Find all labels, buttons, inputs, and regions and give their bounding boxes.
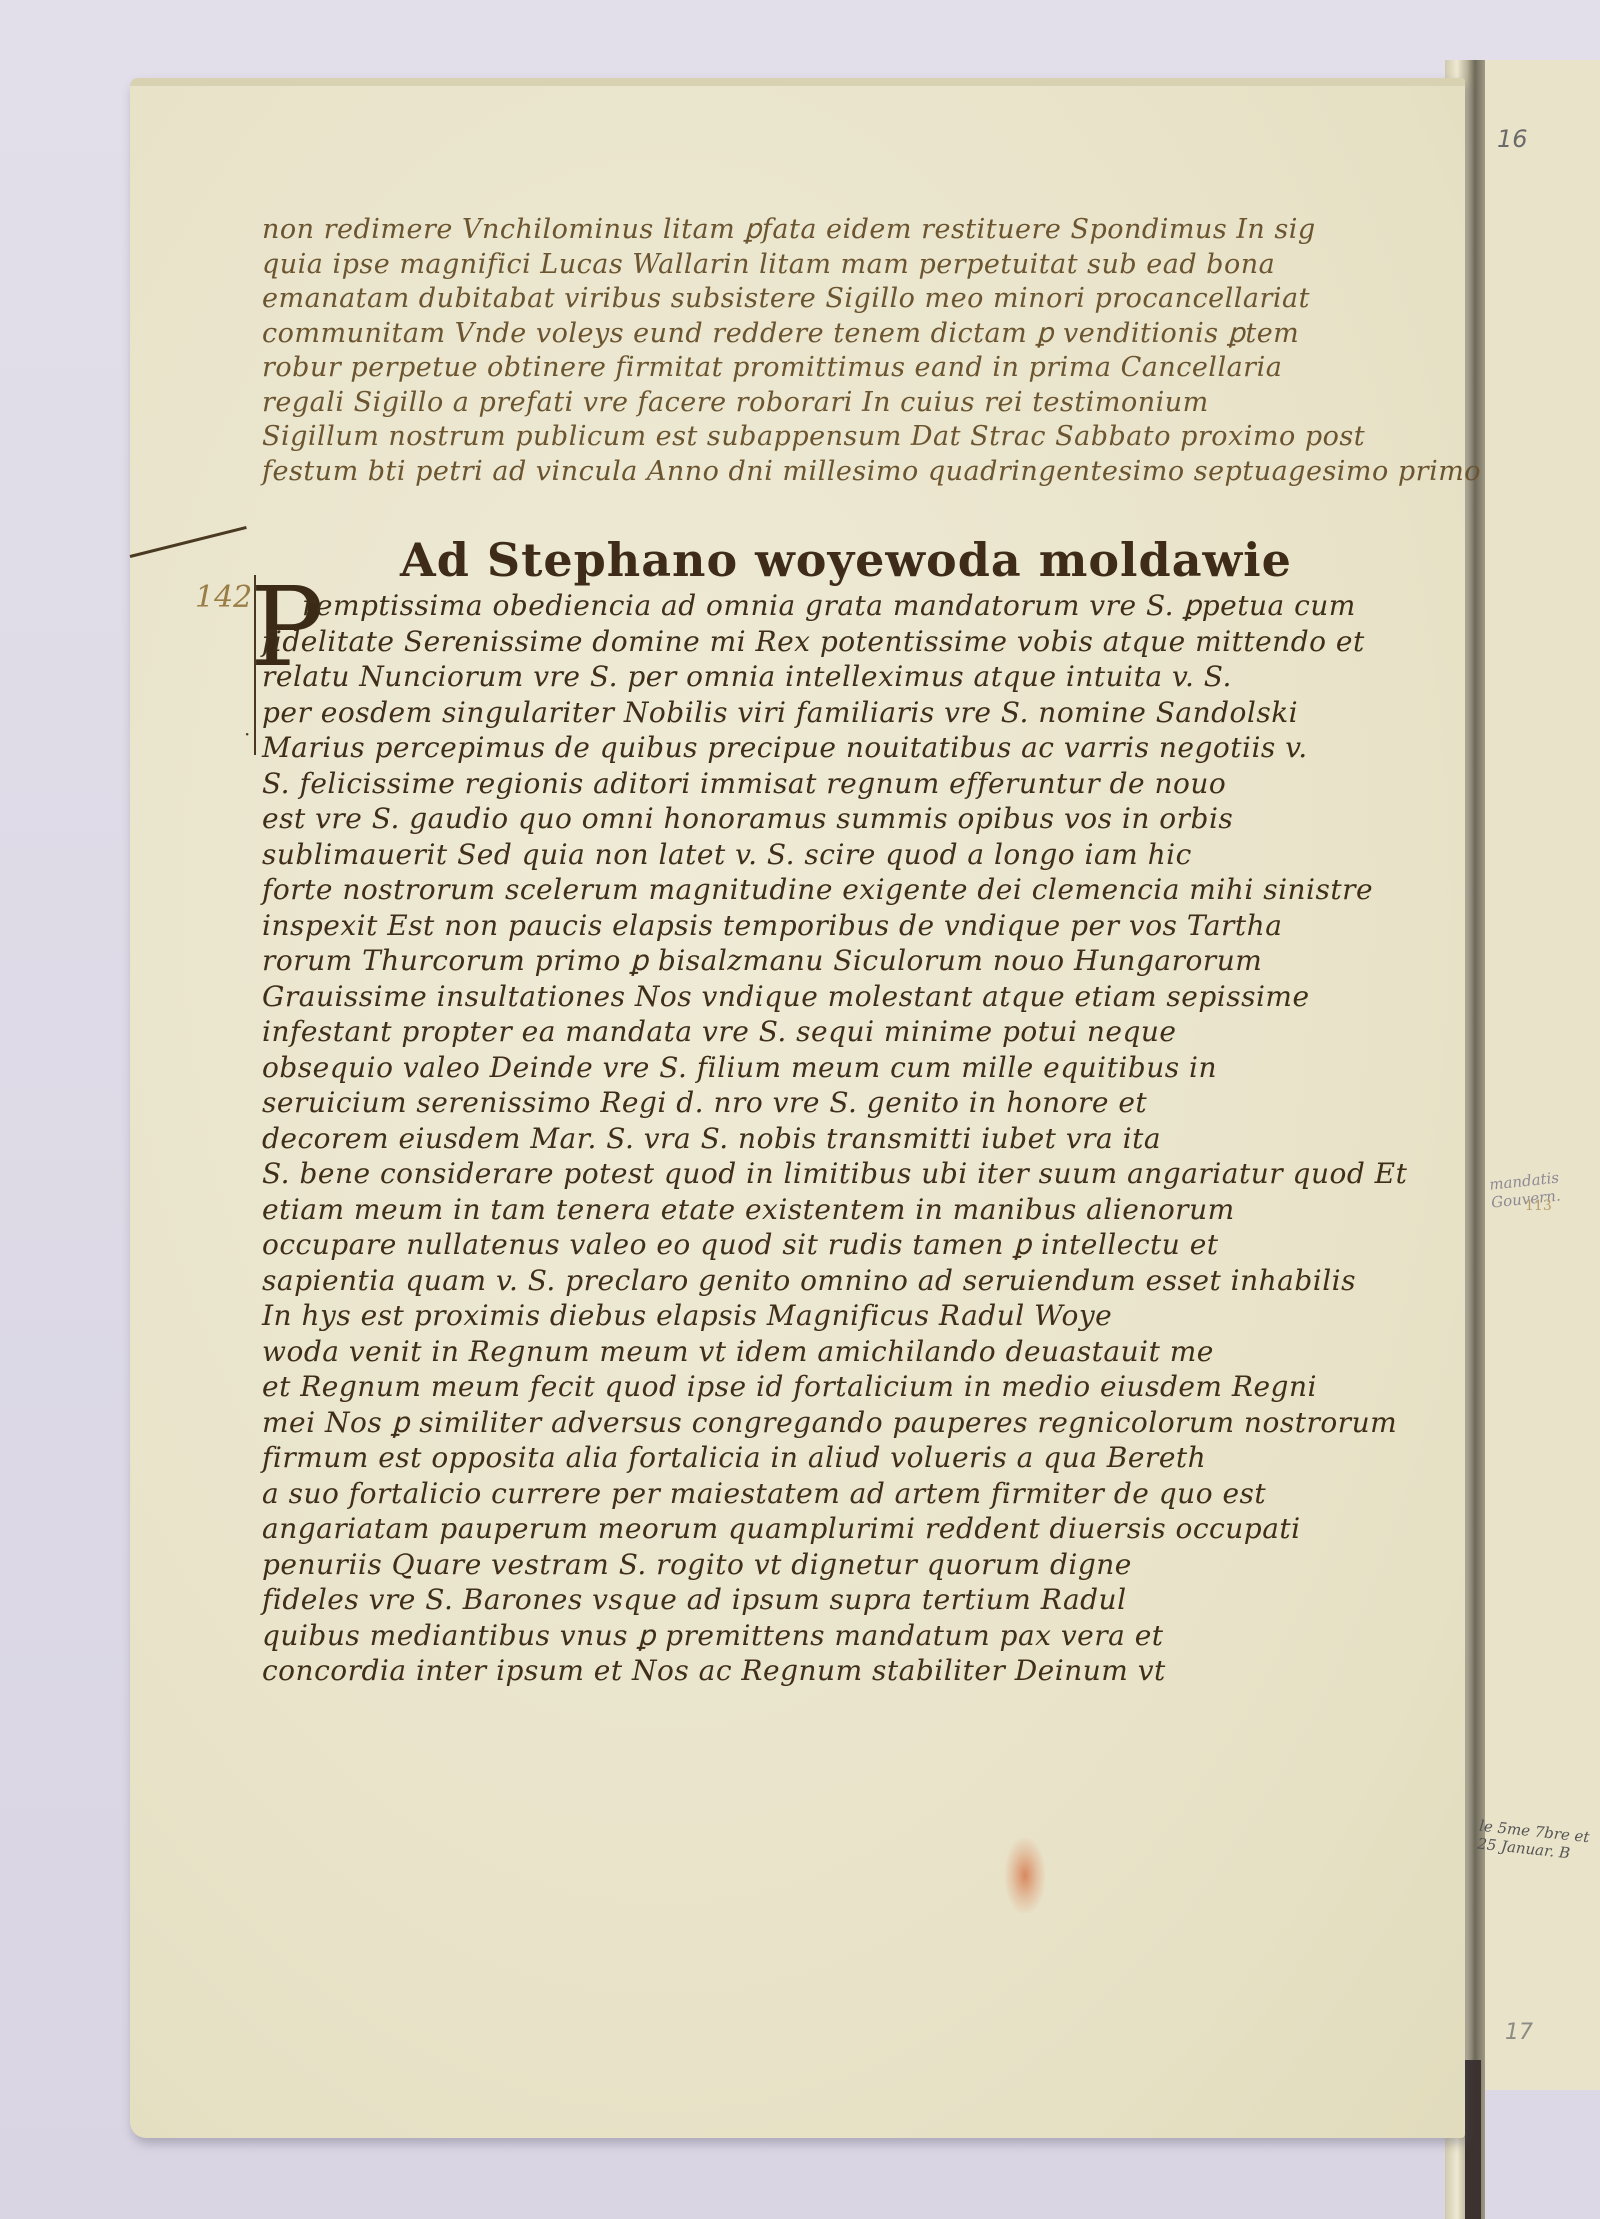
text-line: sublimauerit Sed quia non latet v. S. sc… <box>262 837 1407 873</box>
initial-descender <box>254 575 256 755</box>
text-line: Marius percepimus de quibus precipue nou… <box>262 730 1407 766</box>
margin-dot: · <box>244 722 250 746</box>
text-line: In hys est proximis diebus elapsis Magni… <box>262 1298 1407 1334</box>
text-line: penuriis Quare vestram S. rogito vt dign… <box>262 1547 1407 1583</box>
text-line: inspexit Est non paucis elapsis temporib… <box>262 908 1407 944</box>
text-line: non redimere Vnchilominus litam ꝑfata ei… <box>262 213 1292 248</box>
text-line: rorum Thurcorum primo ꝑ bisalzmanu Sicul… <box>262 943 1407 979</box>
text-line: obsequio valeo Deinde vre S. filium meum… <box>262 1050 1407 1086</box>
text-line: per eosdem singulariter Nobilis viri fam… <box>262 695 1407 731</box>
text-line: firmum est opposita alia fortalicia in a… <box>262 1440 1407 1476</box>
text-line: mei Nos ꝑ similiter adversus congregando… <box>262 1405 1407 1441</box>
margin-note-number: 142 <box>195 580 252 615</box>
body-text-block: remptissima obediencia ad omnia grata ma… <box>262 588 1407 1689</box>
folio-number-bottom: 17 <box>1505 2020 1533 2045</box>
page-edge <box>130 78 1465 86</box>
text-line: remptissima obediencia ad omnia grata ma… <box>262 588 1407 624</box>
header-text-block: non redimere Vnchilominus litam ꝑfata ei… <box>262 213 1292 489</box>
text-line: Sigillum nostrum publicum est subappensu… <box>262 420 1292 455</box>
text-line: occupare nullatenus valeo eo quod sit ru… <box>262 1227 1407 1263</box>
text-line: Grauissime insultationes Nos vndique mol… <box>262 979 1407 1015</box>
text-line: sapientia quam v. S. preclaro genito omn… <box>262 1263 1407 1299</box>
text-line: seruicium serenissimo Regi d. nro vre S.… <box>262 1085 1407 1121</box>
text-line: S. bene considerare potest quod in limit… <box>262 1156 1407 1192</box>
text-line: infestant propter ea mandata vre S. sequ… <box>262 1014 1407 1050</box>
folio-number-top: 16 <box>1497 125 1528 153</box>
rubric-title: Ad Stephano woyewoda moldawie <box>400 533 1292 587</box>
text-line: fidelitate Serenissime domine mi Rex pot… <box>262 624 1407 660</box>
text-line: angariatam pauperum meorum quamplurimi r… <box>262 1511 1407 1547</box>
text-line: regali Sigillo a prefati vre facere robo… <box>262 386 1292 421</box>
text-line: concordia inter ipsum et Nos ac Regnum s… <box>262 1653 1407 1689</box>
text-line: robur perpetue obtinere firmitat promitt… <box>262 351 1292 386</box>
text-line: est vre S. gaudio quo omni honoramus sum… <box>262 801 1407 837</box>
binding-shadow <box>1465 2060 1481 2219</box>
text-line: relatu Nunciorum vre S. per omnia intell… <box>262 659 1407 695</box>
text-line: a suo fortalicio currere per maiestatem … <box>262 1476 1407 1512</box>
scan-background-strip <box>1482 2090 1600 2219</box>
text-line: emanatam dubitabat viribus subsistere Si… <box>262 282 1292 317</box>
text-line: decorem eiusdem Mar. S. vra S. nobis tra… <box>262 1121 1407 1157</box>
text-line: quibus mediantibus vnus ꝑ premittens man… <box>262 1618 1407 1654</box>
text-line: communitam Vnde voleys eund reddere tene… <box>262 317 1292 352</box>
text-line: festum bti petri ad vincula Anno dni mil… <box>262 455 1292 490</box>
text-line: S. felicissime regionis aditori immisat … <box>262 766 1407 802</box>
text-line: forte nostrorum scelerum magnitudine exi… <box>262 872 1407 908</box>
text-line: et Regnum meum fecit quod ipse id fortal… <box>262 1369 1407 1405</box>
text-line: etiam meum in tam tenera etate existente… <box>262 1192 1407 1228</box>
text-line: quia ipse magnifici Lucas Wallarin litam… <box>262 248 1292 283</box>
facing-page-note: 113 <box>1525 1198 1552 1214</box>
ink-stain <box>1005 1838 1045 1913</box>
text-line: fideles vre S. Barones vsque ad ipsum su… <box>262 1582 1407 1618</box>
text-line: woda venit in Regnum meum vt idem amichi… <box>262 1334 1407 1370</box>
